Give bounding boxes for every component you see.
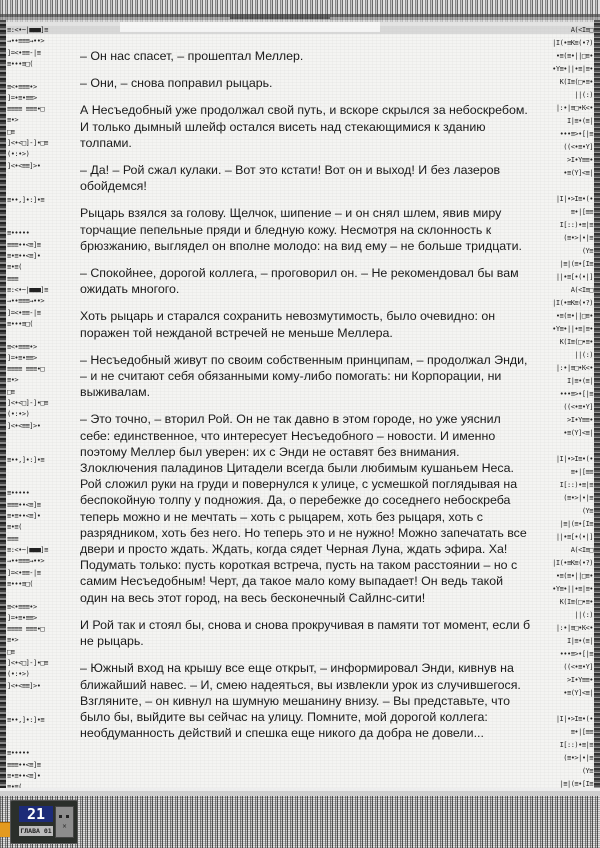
glyph-decoration: A(<I≡□ bbox=[571, 546, 593, 555]
glyph-decoration: •≡(≡•||□≡• bbox=[556, 312, 593, 321]
glyph-decoration: |I|•>I≡•(• bbox=[556, 195, 593, 204]
glyph-decoration: □≡ bbox=[7, 648, 14, 657]
paragraph: Рыцарь взялся за голову. Щелчок, шипение… bbox=[80, 205, 532, 254]
glyph-decoration: ≡≡≡ bbox=[7, 535, 18, 544]
glyph-decoration: >I•Y≡≡• bbox=[567, 156, 593, 165]
skull-mouth: × bbox=[62, 825, 66, 829]
glyph-decoration: ≡≡≡≡ ≡≡≡•□ bbox=[7, 365, 44, 374]
chapter-label: ГЛАВА 01 bbox=[19, 826, 53, 836]
glyph-decoration: I|≡•(≡| bbox=[567, 637, 593, 646]
paragraph: – Он нас спасет, – прошептал Меллер. bbox=[80, 48, 532, 64]
glyph-decoration: I[::)•≡|≡ bbox=[560, 481, 593, 490]
glyph-decoration: •Y≡•||•≡|≡• bbox=[552, 325, 593, 334]
glyph-decoration: •≡(≡•||□≡• bbox=[556, 52, 593, 61]
glyph-decoration: >I•Y≡≡• bbox=[567, 416, 593, 425]
paragraph: И Рой так и стоял бы, снова и снова прок… bbox=[80, 617, 532, 649]
glyph-decoration: ≡<•≡≡≡•> bbox=[7, 603, 37, 612]
glyph-decoration: ((<•≡•Y] bbox=[563, 403, 593, 412]
glyph-decoration: ≡:<•~|■■■]≡ bbox=[7, 546, 48, 555]
right-glyph-border: A(<I≡□|I(•≡K≡(•?)•≡(≡•||□≡••Y≡•||•≡|≡•K(… bbox=[532, 20, 600, 800]
glyph-decoration: |I(•≡K≡(•?) bbox=[552, 559, 593, 568]
glyph-decoration: A(<I≡□ bbox=[571, 286, 593, 295]
glyph-decoration: I|≡•(≡| bbox=[567, 377, 593, 386]
paragraph: – Южный вход на крышу все еще открыт, – … bbox=[80, 660, 532, 741]
glyph-decoration: •••≡>•[|≡ bbox=[560, 650, 593, 659]
glyph-decoration: •••≡>•[|≡ bbox=[560, 390, 593, 399]
glyph-decoration: >I•Y≡≡• bbox=[567, 676, 593, 685]
glyph-decoration: (•:•>) bbox=[7, 670, 29, 679]
glyph-decoration: ]<•<□]-]•□≡ bbox=[7, 659, 48, 668]
glyph-decoration: ≡≡≡••<≡]≡ bbox=[7, 241, 40, 250]
glyph-decoration: ≡≡≡≡ ≡≡≡•□ bbox=[7, 625, 44, 634]
glyph-decoration: •••≡>•[|≡ bbox=[560, 130, 593, 139]
glyph-decoration: ≡•|[≡≡ bbox=[571, 468, 593, 477]
bottom-glitch-border bbox=[0, 796, 600, 848]
glyph-decoration: □≡ bbox=[7, 128, 14, 137]
glyph-decoration: ((<•≡•Y] bbox=[563, 143, 593, 152]
glyph-decoration: •≡(Y]<≡| bbox=[563, 689, 593, 698]
glyph-decoration: (≡•>|•|≡ bbox=[563, 754, 593, 763]
glyph-decoration: A(<I≡□ bbox=[571, 26, 593, 35]
glitch-strip bbox=[230, 14, 330, 19]
glyph-decoration: ]=<•≡≡-|≡ bbox=[7, 309, 40, 318]
skull-eye bbox=[66, 815, 69, 818]
glyph-decoration: •Y≡•||•≡|≡• bbox=[552, 585, 593, 594]
glyph-decoration: ||•≡[•(•|] bbox=[556, 533, 593, 542]
glyph-decoration: ]<•<□]-]•□≡ bbox=[7, 399, 48, 408]
glyph-decoration: ||•≡[•(•|] bbox=[556, 273, 593, 282]
left-glyph-border: ≡:<•~|■■■]≡→••≡≡≡→••>]=<•≡≡-|≡≡•••≡□(≡<•… bbox=[0, 20, 64, 800]
glyph-decoration: →••≡≡≡→••> bbox=[7, 557, 44, 566]
glyph-decoration: ≡••,]•:]•≡ bbox=[7, 716, 44, 725]
glyph-decoration: ≡≡≡ bbox=[7, 275, 18, 284]
paragraph: – Они, – снова поправил рыцарь. bbox=[80, 75, 532, 91]
glyph-decoration: ]=•≡•≡≡> bbox=[7, 614, 37, 623]
glyph-decoration: ]=•≡•≡≡> bbox=[7, 354, 37, 363]
glyph-decoration: ]<•<≡≡]>• bbox=[7, 162, 40, 171]
glyph-decoration: ≡•••≡□( bbox=[7, 320, 33, 329]
glyph-decoration: ]=•≡•≡≡> bbox=[7, 94, 37, 103]
glyph-decoration: K(I≡(□•≡• bbox=[560, 78, 593, 87]
top-glitch-band bbox=[0, 14, 600, 34]
page-text: – Он нас спасет, – прошептал Меллер. – О… bbox=[80, 48, 532, 752]
glyph-decoration: ≡<•≡≡≡•> bbox=[7, 83, 37, 92]
glyph-decoration: ≡•≡( bbox=[7, 263, 22, 272]
glyph-decoration: ≡•> bbox=[7, 116, 18, 125]
glyph-decoration: ≡•≡••<≡]• bbox=[7, 252, 40, 261]
glyph-decoration: (•:•>) bbox=[7, 410, 29, 419]
glyph-decoration: |I(•≡K≡(•?) bbox=[552, 299, 593, 308]
glyph-decoration: ((<•≡•Y] bbox=[563, 663, 593, 672]
glyph-decoration: ||(:) bbox=[574, 611, 593, 620]
glyph-decoration: ≡••,]•:]•≡ bbox=[7, 456, 44, 465]
glyph-decoration: ≡•|[≡≡ bbox=[571, 208, 593, 217]
paragraph: – Спокойнее, дорогой коллега, – проговор… bbox=[80, 265, 532, 297]
glyph-decoration: K(I≡(□•≡• bbox=[560, 338, 593, 347]
glyph-decoration: ≡:<•~|■■■]≡ bbox=[7, 286, 48, 295]
glyph-decoration: •≡(Y]<≡| bbox=[563, 429, 593, 438]
glyph-decoration: |:•|≡□•K<• bbox=[556, 624, 593, 633]
paragraph: – Несъедобный живут по своим собственным… bbox=[80, 352, 532, 401]
glyph-decoration: ≡<•≡≡≡•> bbox=[7, 343, 37, 352]
glyph-decoration: |I|•>I≡•(• bbox=[556, 715, 593, 724]
paragraph: А Несъедобный уже продолжал свой путь, и… bbox=[80, 102, 532, 151]
paragraph: – Да! – Рой сжал кулаки. – Вот это кстат… bbox=[80, 162, 532, 194]
glyph-decoration: →••≡≡≡→••> bbox=[7, 297, 44, 306]
glyph-decoration: I[::)•≡|≡ bbox=[560, 741, 593, 750]
glyph-decoration: ≡•≡( bbox=[7, 523, 22, 532]
glyph-decoration: |:•|≡□•K<• bbox=[556, 364, 593, 373]
glyph-decoration: I|≡•(≡| bbox=[567, 117, 593, 126]
glyph-decoration: |≡|(≡•[I≡ bbox=[560, 260, 593, 269]
glyph-decoration: ≡:<•~|■■■]≡ bbox=[7, 26, 48, 35]
glyph-decoration: (≡•>|•|≡ bbox=[563, 494, 593, 503]
glyph-decoration: ]<•<≡≡]>• bbox=[7, 422, 40, 431]
glyph-decoration: (≡•>|•|≡ bbox=[563, 234, 593, 243]
glyph-decoration: ≡≡≡≡ ≡≡≡•□ bbox=[7, 105, 44, 114]
glyph-decoration: K(I≡(□•≡• bbox=[560, 598, 593, 607]
glyph-decoration: |≡|(≡•[I≡ bbox=[560, 520, 593, 529]
glyph-decoration: ≡•≡••<≡]• bbox=[7, 512, 40, 521]
glyph-decoration: I[::)•≡|≡ bbox=[560, 221, 593, 230]
glyph-decoration: ≡•> bbox=[7, 636, 18, 645]
paragraph: Хоть рыцарь и старался сохранить невозму… bbox=[80, 308, 532, 340]
glyph-decoration: ||(:) bbox=[574, 351, 593, 360]
glyph-decoration: →••≡≡≡→••> bbox=[7, 37, 44, 46]
glyph-decoration: ≡••,]•:]•≡ bbox=[7, 196, 44, 205]
glyph-decoration: (Y≡ bbox=[582, 247, 593, 256]
glyph-decoration: ≡•|[≡≡ bbox=[571, 728, 593, 737]
glyph-decoration: ≡•≡••<≡]• bbox=[7, 772, 40, 781]
glyph-decoration: (•:•>) bbox=[7, 150, 29, 159]
glyph-decoration: |I|•>I≡•(• bbox=[556, 455, 593, 464]
paragraph: – Это точно, – вторил Рой. Он не так дав… bbox=[80, 411, 532, 605]
glyph-decoration: ]=<•≡≡-|≡ bbox=[7, 569, 40, 578]
glyph-decoration: □≡ bbox=[7, 388, 14, 397]
glyph-decoration: ≡•> bbox=[7, 376, 18, 385]
glitch-strip bbox=[120, 22, 380, 32]
glyph-decoration: ]<•<≡≡]>• bbox=[7, 682, 40, 691]
glyph-decoration: ≡•••≡□( bbox=[7, 60, 33, 69]
glyph-decoration: •≡(≡•||□≡• bbox=[556, 572, 593, 581]
glyph-decoration: ]<•<□]-]•□≡ bbox=[7, 139, 48, 148]
glyph-decoration: ≡••••• bbox=[7, 229, 29, 238]
glyph-decoration: ≡•••≡□( bbox=[7, 580, 33, 589]
glyph-decoration: ≡••••• bbox=[7, 489, 29, 498]
glyph-decoration: |:•|≡□•K<• bbox=[556, 104, 593, 113]
glyph-decoration: (Y≡ bbox=[582, 507, 593, 516]
skull-icon: × bbox=[55, 806, 74, 838]
skull-eye bbox=[59, 815, 62, 818]
glyph-decoration: ≡••••• bbox=[7, 749, 29, 758]
glyph-decoration: ≡≡≡••<≡]≡ bbox=[7, 501, 40, 510]
page-number: 21 bbox=[19, 806, 53, 822]
glyph-decoration: •≡(Y]<≡| bbox=[563, 169, 593, 178]
glyph-decoration: ]=<•≡≡-|≡ bbox=[7, 49, 40, 58]
glyph-decoration: •Y≡•||•≡|≡• bbox=[552, 65, 593, 74]
glyph-decoration: (Y≡ bbox=[582, 767, 593, 776]
glyph-decoration: ≡≡≡••<≡]≡ bbox=[7, 761, 40, 770]
glyph-decoration: ||(:) bbox=[574, 91, 593, 100]
glyph-decoration: |I(•≡K≡(•?) bbox=[552, 39, 593, 48]
